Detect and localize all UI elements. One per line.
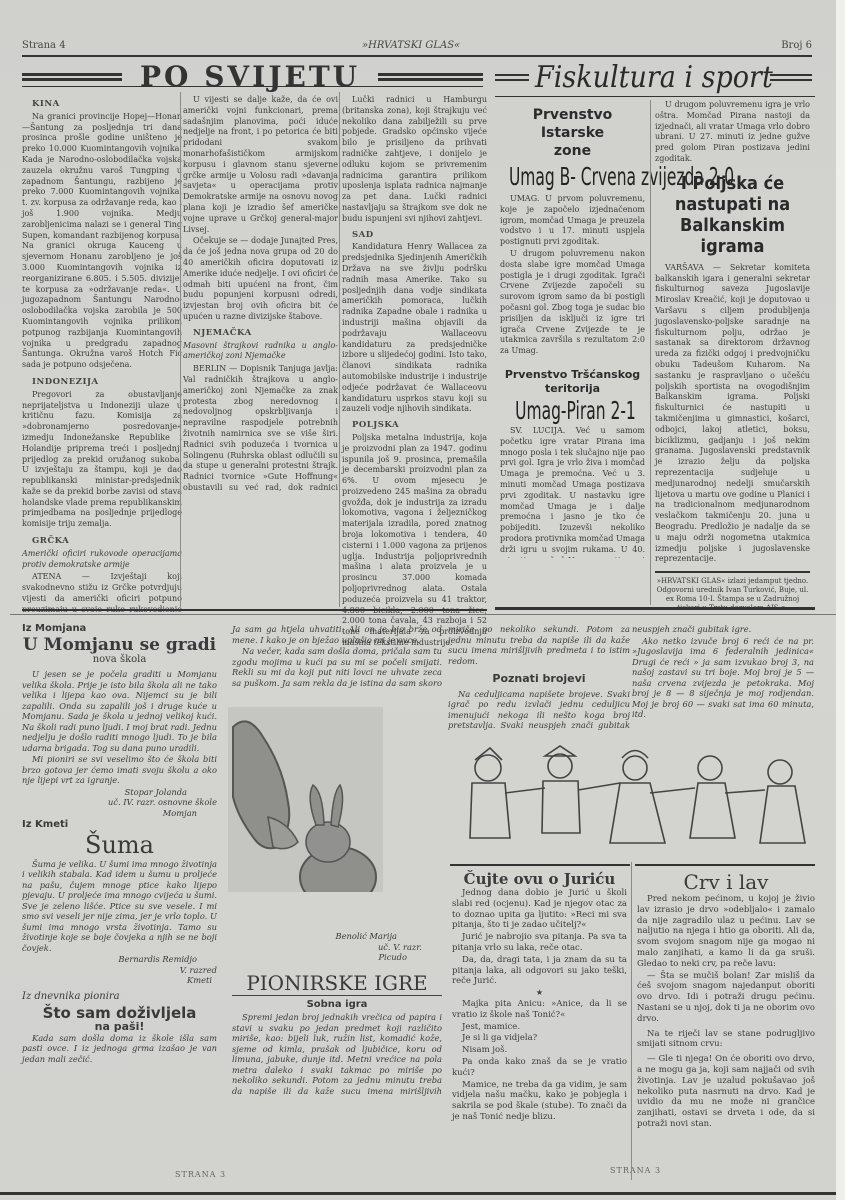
poljska-article: Poljska metalna industrija, koja je proi… <box>342 433 487 649</box>
indonezija-article: Pregovori za obustavljanje neprijateljst… <box>22 390 182 530</box>
heading-bars-left <box>22 73 122 81</box>
juric-p2: Jurić je nabrojio sva pitanja. Pa sva ta… <box>452 932 627 954</box>
juric-story: Čujte ovu o Juriću Jednog dana dobio je … <box>452 870 627 1124</box>
suma-signature-class: V. razred <box>22 965 217 976</box>
juric-p5: Jest, mamice. <box>452 1022 627 1033</box>
poljska-sport-article: VARŠAVA — Sekretar komiteta balkanskih i… <box>655 263 810 565</box>
page-split-rule <box>10 614 840 615</box>
momjan-signature-name: Stopar Jolanda <box>22 787 217 798</box>
crv-top-rule <box>635 864 815 866</box>
grcka-article-3: Očekuje se — dodaje Junajted Pres, da će… <box>183 236 338 322</box>
pioneer-column-2: Ja sam ga htjela uhvatiti. Ali on je bio… <box>232 624 442 689</box>
grcka-article-1: ATENA — Izvještaji koji svakodnevno stiž… <box>22 572 182 612</box>
heading-bars-right <box>378 73 483 81</box>
column-divider <box>650 100 651 605</box>
igre-article: Spremi jedan broj jednakih vrečica od pa… <box>232 1012 442 1096</box>
issue-number: Broj 6 <box>781 40 812 51</box>
world-column-3: Lučki radnici u Hamburgu (britanska zona… <box>342 95 487 650</box>
juric-p7: Nisam još. <box>452 1045 627 1056</box>
sad-label: SAD <box>352 230 487 241</box>
sad-article: Kandidatura Henry Wallacea za predsjedni… <box>342 242 487 415</box>
masthead: Strana 4 »HRVATSKI GLAS« Broj 6 <box>22 40 812 54</box>
juric-p4: Majka pita Anicu: »Anice, da li se vrati… <box>452 999 627 1021</box>
trst-result: Umag-Piran 2-1 <box>515 396 630 426</box>
page-number: Strana 4 <box>22 40 66 51</box>
trst-title-1: Prvenstvo Tršćanskog <box>500 367 645 382</box>
crv-title: Crv i lav <box>637 870 815 894</box>
crv-story: Crv i lav Pred nekom pećinom, u kojoj je… <box>637 870 815 1131</box>
masthead-rule <box>22 55 812 57</box>
kina-label: KINA <box>32 99 182 110</box>
footer-page-right: STRANA 3 <box>610 1166 661 1175</box>
suma-kicker: Iz Kmeti <box>22 820 217 831</box>
juric-p8: Pa onda kako znaš da se je vratio kući? <box>452 1057 627 1079</box>
footer-page-left: STRANA 3 <box>175 1170 226 1179</box>
brojevi-title: Poznati brojevi <box>448 674 630 685</box>
sport-bottom-rule <box>495 607 815 610</box>
page-edge <box>836 0 845 1200</box>
sport-column-1: Prvenstvo Istarske zone Umag B- Crvena z… <box>500 100 645 559</box>
suma-signature-place: Kmeti <box>22 975 217 986</box>
crv-p1: Pred nekom pećinom, u kojoj je živio lav… <box>637 894 815 970</box>
pasa-signature-name: Benolić Marija <box>232 931 442 942</box>
momjan-title: U Momjanu se gradi <box>22 635 217 655</box>
juric-p3: Da, da, dragi tata, i ja znam da su ta p… <box>452 955 627 987</box>
world-heading-underline <box>22 86 483 87</box>
sport-column-2: U drugom poluvremenu igra je vrlo oštra.… <box>655 100 810 613</box>
trst-title-2: teritorija <box>500 382 645 396</box>
sport-heading-underline <box>495 96 815 97</box>
poljska-sport-title: I Poljska će nastupati na Balkanskim igr… <box>663 173 803 257</box>
brojevi-article-1-cont: neuspjeh znači gubitak igre. <box>632 624 814 635</box>
world-column-1: KINA Na granici provincije Hopej—Honan—Š… <box>22 95 182 613</box>
juric-title: Čujte ovu o Juriću <box>452 870 627 888</box>
page-bottom-rule <box>0 1192 845 1195</box>
istra-result: Umag B- Crvena zvijezda 2-0 <box>509 162 636 192</box>
momjan-kicker: Iz Momjana <box>22 624 217 635</box>
sport-bars-left <box>495 74 529 81</box>
kina-article: Na granici provincije Hopej—Honan—Šantun… <box>22 112 182 371</box>
momjan-signature-class: uč. IV. razr. osnovne škole <box>22 797 217 808</box>
suma-signature-name: Bernardis Remidjo <box>22 954 217 965</box>
pioneer-column-2b: Benolić Marija uč. V. razr. Picudo PIONI… <box>232 895 442 1097</box>
trst-article-1: SV. LUCIJA. Već u samom početku igre vra… <box>500 426 645 558</box>
pasa-article-3: Na večer, kada sam došla doma, pričala s… <box>232 646 442 688</box>
momjan-article-2: Mi pioniri se svi veselimo što će škola … <box>22 754 217 786</box>
world-section-heading: PO SVIJETU <box>140 60 360 93</box>
pasa-kicker: Iz dnevnika pionira <box>22 992 217 1003</box>
njemacka-subtitle: Masovni štrajkovi radnika u anglo-američ… <box>183 341 338 363</box>
impressum-rule <box>655 571 810 573</box>
juric-top-rule <box>450 864 630 866</box>
grcka-subtitle: Američki oficiri rukovode operacijama pr… <box>22 549 182 571</box>
njemacka-article-2: Lučki radnici u Hamburgu (britanska zona… <box>342 95 487 225</box>
grcka-article-2: U vijesti se dalje kaže, da će ovi ameri… <box>183 95 338 235</box>
poljska-label: POLJSKA <box>352 420 487 431</box>
newspaper-page: Strana 4 »HRVATSKI GLAS« Broj 6 PO SVIJE… <box>0 0 845 1200</box>
star-separator-icon: ★ <box>452 988 627 999</box>
momjan-subtitle: nova škola <box>22 655 217 666</box>
igre-subtitle: Sobna igra <box>232 1000 442 1011</box>
dog-and-rabbit-illustration <box>228 707 383 892</box>
world-bottom-rule <box>22 609 487 611</box>
indonezija-label: INDONEZIJA <box>32 377 182 388</box>
trst-article-2: U drugom poluvremenu igra je vrlo oštra.… <box>655 100 810 165</box>
momjan-signature-place: Momjan <box>22 808 217 819</box>
istra-article-2: U drugom poluvremenu nakon dosta slabe i… <box>500 249 645 357</box>
world-column-2: U vijesti se dalje kaže, da će ovi ameri… <box>183 95 338 493</box>
istra-article-1: UMAG. U prvom poluvremenu, koje je započ… <box>500 194 645 248</box>
pasa-article-2: Ja sam ga htjela uhvatiti. Ali on je bio… <box>232 624 442 645</box>
pasa-signature-place: Picudo <box>232 952 442 963</box>
brojevi-article-2: Ako netko izvuče broj 6 reći će na pr. »… <box>632 636 814 720</box>
njemacka-label: NJEMAČKA <box>193 328 338 339</box>
pioneer-column-4: neuspjeh znači gubitak igre. Ako netko i… <box>632 624 814 721</box>
brojevi-article-1: Na ceduljicama napišete brojeve. Svaki i… <box>448 689 630 731</box>
juric-p9: Mamice, ne treba da ga vidim, je sam vid… <box>452 1080 627 1123</box>
grcka-label: GRČKA <box>32 536 182 547</box>
sport-section-heading: Fiskultura i sport <box>535 60 773 95</box>
pasa-signature-class: uč. V. razr. <box>232 942 442 953</box>
paper-title: »HRVATSKI GLAS« <box>362 40 460 51</box>
istra-title-1: Prvenstvo Istarske <box>500 106 645 142</box>
pioneer-column-1: Iz Momjana U Momjanu se gradi nova škola… <box>22 624 217 1065</box>
pasa-title-2: na paši! <box>22 1022 217 1033</box>
crv-p2: — Šta se mučiš bolan! Zar misliš da ćeš … <box>637 971 815 1025</box>
pioneer-column-3: miriše po nekoliko sekundi. Potom za jed… <box>448 624 630 732</box>
column-divider <box>180 92 181 607</box>
igre-title: PIONIRSKE IGRE <box>232 971 442 996</box>
istra-title-2: zone <box>500 142 645 160</box>
suma-title: Šuma <box>22 831 217 859</box>
suma-article: Šuma je velika. U šumi ima mnogo životin… <box>22 859 217 954</box>
juric-p1: Jednog dana dobio je Jurić u školi slabi… <box>452 888 627 931</box>
igre-article-cont: miriše po nekoliko sekundi. Potom za jed… <box>448 624 630 666</box>
sport-bars-right <box>770 74 812 81</box>
crv-p4: — Gle ti njega! On će oboriti ovo drvo, … <box>637 1054 815 1130</box>
dancing-children-illustration <box>450 738 830 853</box>
juric-p6: Je si li ga vidjela? <box>452 1033 627 1044</box>
column-divider <box>339 92 340 607</box>
pasa-article-1: Kada sam došla doma iz škole išla sam pa… <box>22 1033 217 1065</box>
njemacka-article: BERLIN — Dopisnik Tanjuga javlja: Val ra… <box>183 364 338 492</box>
column-divider <box>631 862 632 1180</box>
crv-p3: Na te riječi lav se stane podrugljivo sm… <box>637 1029 815 1051</box>
momjan-article-1: U jesen se je počela graditi u Momjanu v… <box>22 669 217 753</box>
